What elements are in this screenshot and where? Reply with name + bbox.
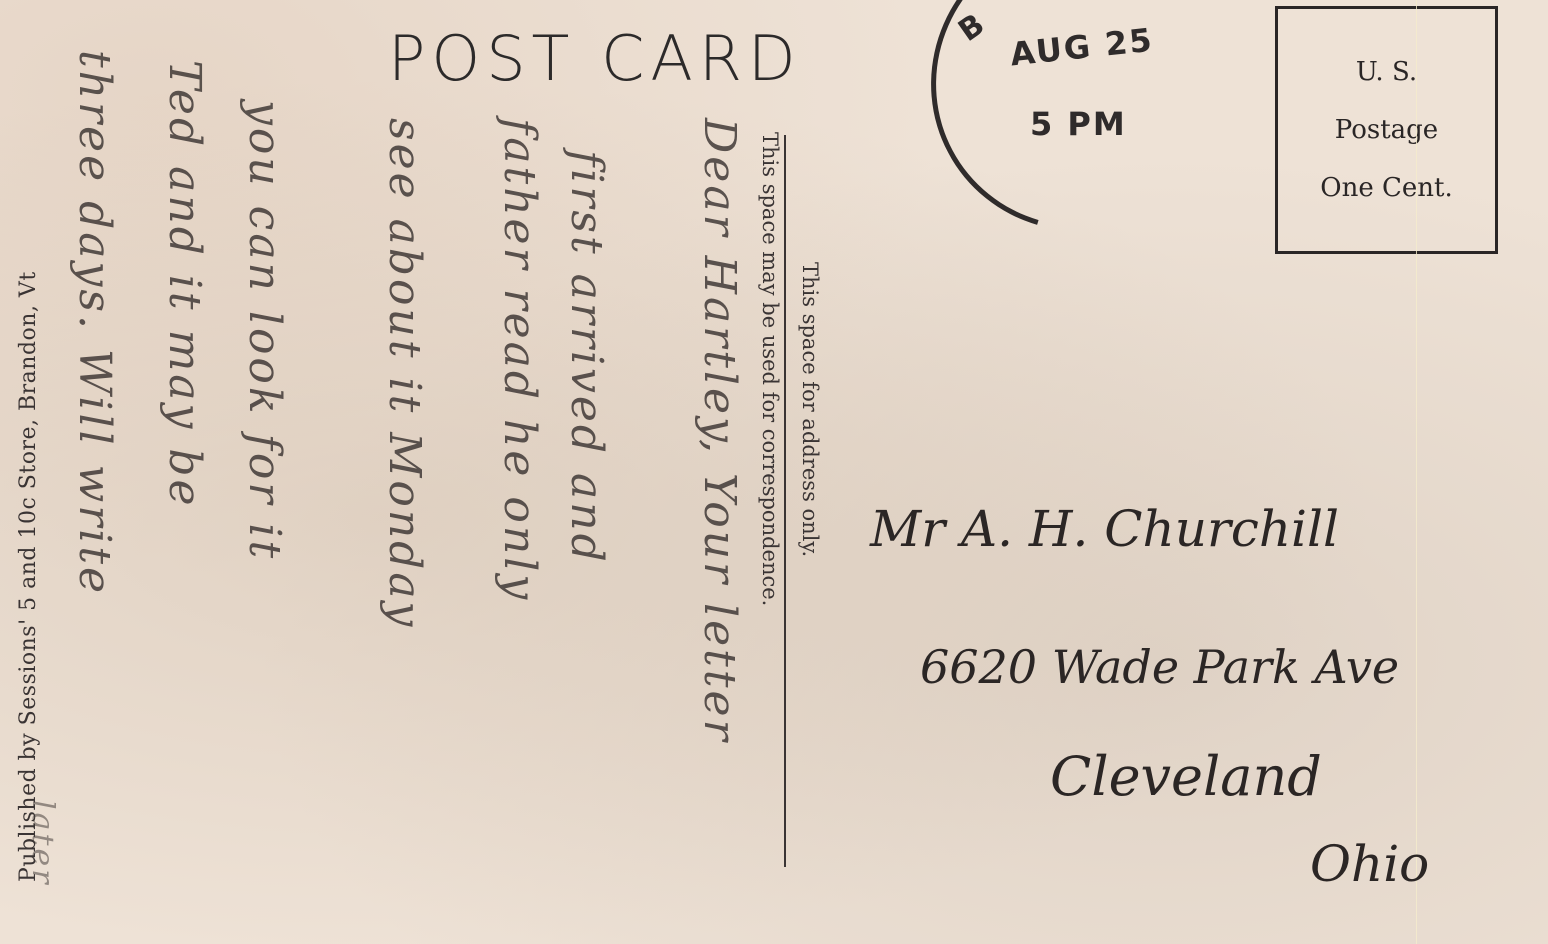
message-line: father read he only bbox=[494, 118, 545, 602]
message-line: later bbox=[25, 800, 60, 887]
postcard-title: POST CARD bbox=[388, 28, 802, 90]
stamp-box: U. S. Postage One Cent. bbox=[1275, 6, 1498, 254]
address-street: 6620 Wade Park Ave bbox=[920, 640, 1399, 694]
message-line: you can look for it bbox=[239, 100, 290, 561]
address-only-label: This space for address only. bbox=[798, 262, 822, 557]
correspondence-label: This space may be used for correspondenc… bbox=[758, 132, 782, 606]
message-line: see about it Monday bbox=[379, 118, 430, 629]
address-city: Cleveland bbox=[1050, 745, 1322, 808]
address-name: Mr A. H. Churchill bbox=[870, 500, 1339, 558]
publisher-imprint: Published by Sessions' 5 and 10c Store, … bbox=[16, 271, 41, 882]
postmark-time: 5 PM bbox=[1030, 105, 1127, 143]
stamp-line-value: One Cent. bbox=[1320, 159, 1452, 217]
fold-line bbox=[1416, 0, 1417, 944]
message-line: Ted and it may be bbox=[159, 60, 210, 509]
message-line: three days. Will write bbox=[69, 50, 120, 596]
divider-line bbox=[784, 135, 786, 867]
address-state: Ohio bbox=[1310, 835, 1429, 893]
stamp-line-postage: Postage bbox=[1335, 101, 1438, 159]
postcard-back: POST CARD Published by Sessions' 5 and 1… bbox=[0, 0, 1548, 944]
message-line: Dear Hartley, Your letter bbox=[694, 118, 745, 744]
message-line: first arrived and bbox=[561, 150, 612, 565]
stamp-line-country: U. S. bbox=[1356, 43, 1417, 101]
